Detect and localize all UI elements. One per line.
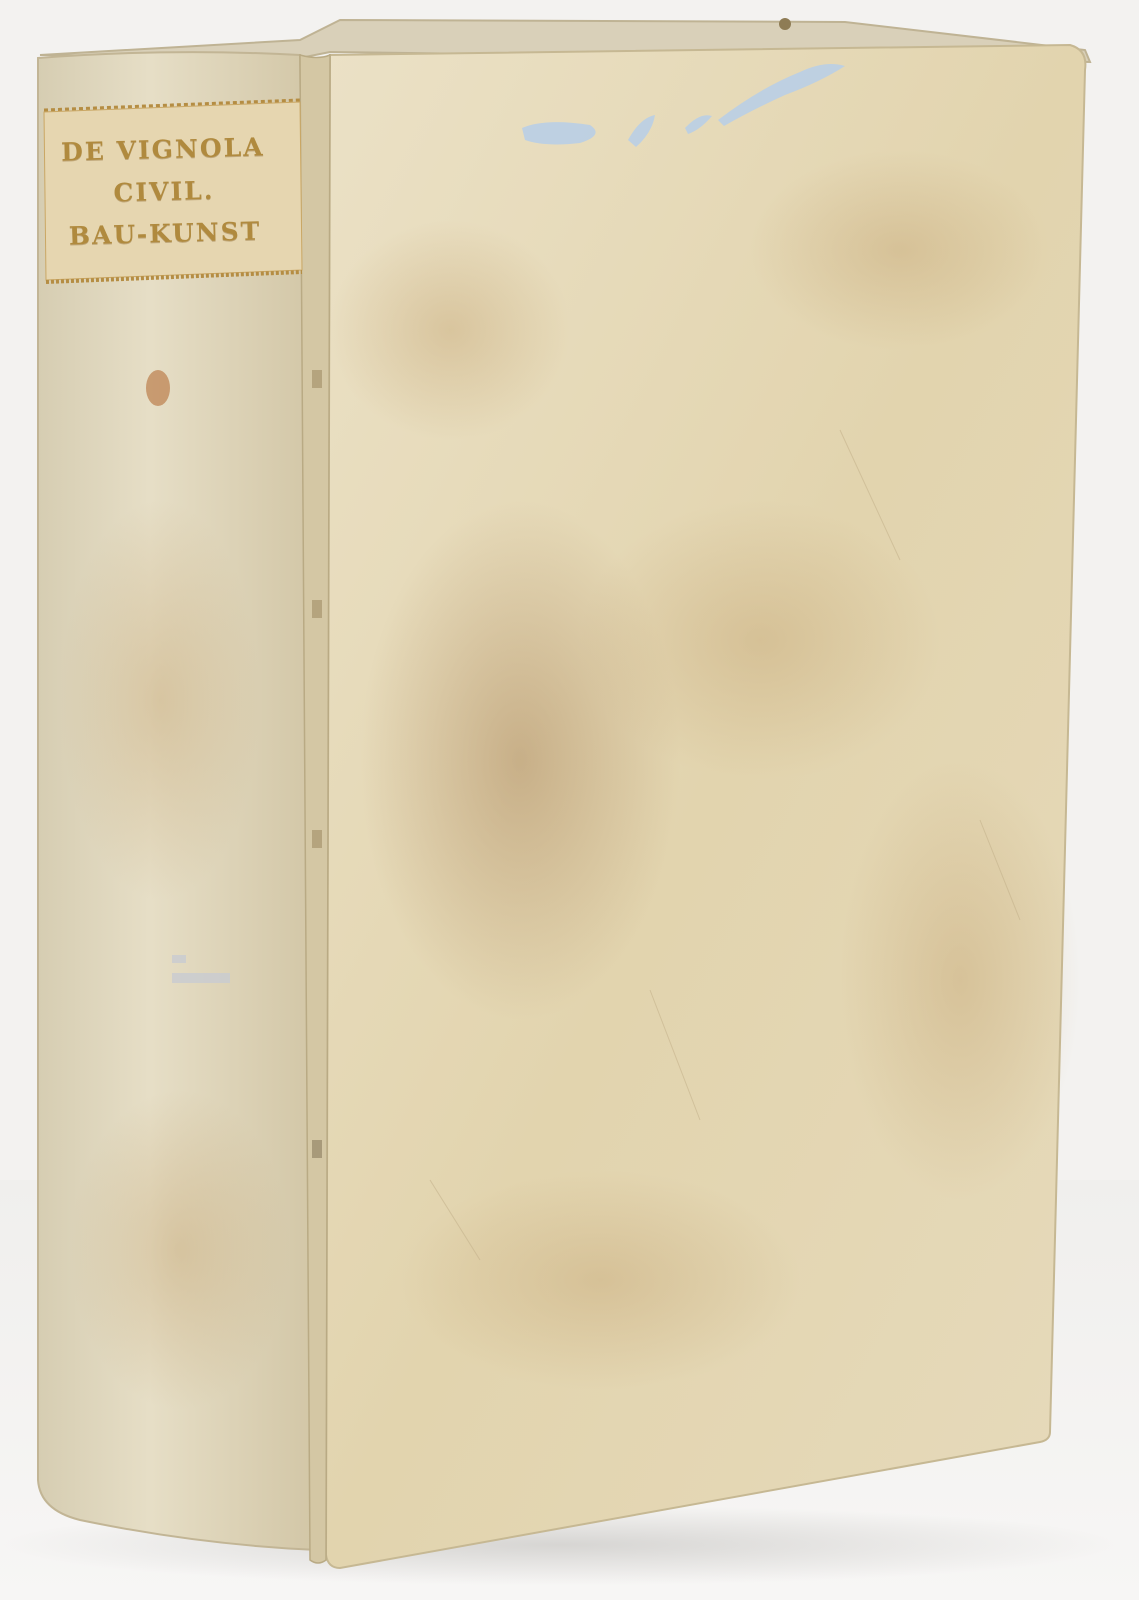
spine-title-line: CIVIL. (113, 170, 215, 215)
hinge-band (312, 1140, 322, 1158)
hinge-band (312, 370, 322, 388)
hinge-band (312, 600, 322, 618)
photo-scene: DE VIGNOLA CIVIL. BAU-KUNST (0, 0, 1139, 1600)
headband-tie (779, 18, 791, 30)
spine-title-line: BAU-KUNST (68, 210, 261, 257)
spine-title-label: DE VIGNOLA CIVIL. BAU-KUNST (42, 109, 286, 275)
spine-stain (146, 370, 170, 406)
spine-title-line: DE VIGNOLA (61, 126, 266, 173)
hinge-band (312, 830, 322, 848)
